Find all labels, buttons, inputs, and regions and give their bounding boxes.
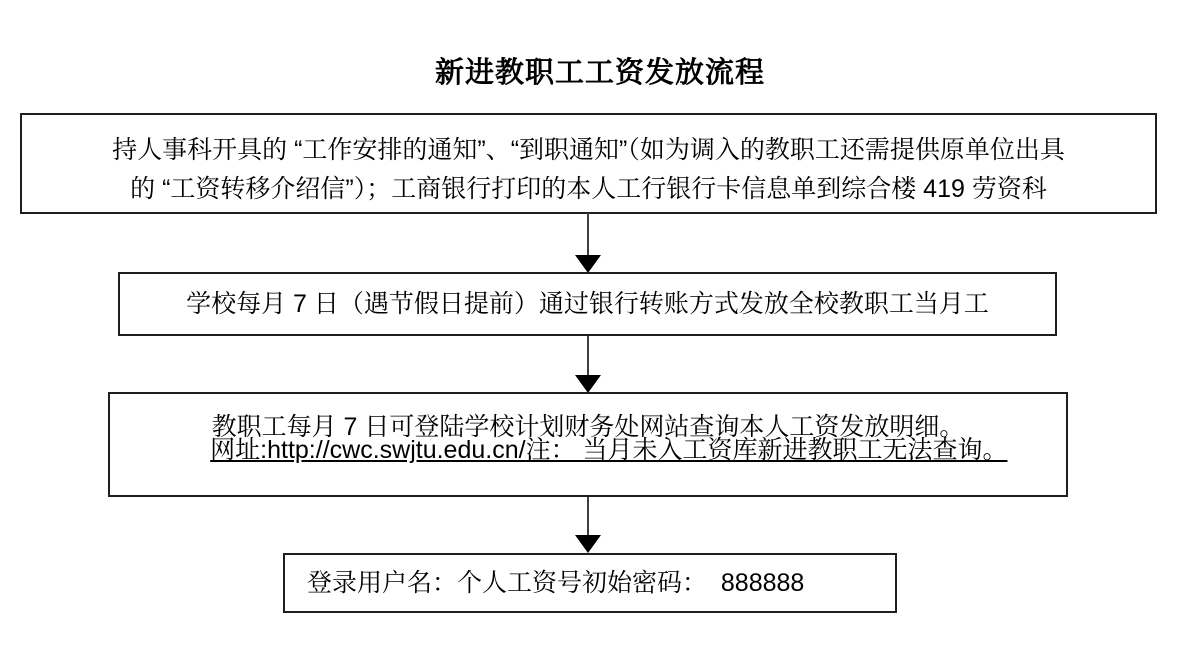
arrow-stem (587, 213, 589, 255)
arrow-stem (587, 497, 589, 535)
finance-website-link[interactable]: 网址:http://cwc.swjtu.edu.cn/ (210, 436, 525, 464)
flow-step-4-box: 登录用户名：个人工资号初始密码： 888888 (283, 553, 897, 613)
flowchart-page: 新进教职工工资发放流程 持人事科开具的 “工作安排的通知”、“到职通知”（如为调… (0, 0, 1200, 656)
flow-step-1-line-1: 持人事科开具的 “工作安排的通知”、“到职通知”（如为调入的教职工还需提供原单位… (34, 133, 1143, 167)
down-arrow-icon (575, 336, 601, 393)
arrow-head (575, 255, 601, 273)
page-title: 新进教职工工资发放流程 (0, 50, 1200, 91)
down-arrow-icon (575, 497, 601, 553)
flow-step-4-line-1: 登录用户名：个人工资号初始密码： 888888 (307, 566, 804, 600)
flow-step-1-box: 持人事科开具的 “工作安排的通知”、“到职通知”（如为调入的教职工还需提供原单位… (20, 113, 1157, 214)
flow-step-2-line-1: 学校每月 7 日（遇节假日提前）通过银行转账方式发放全校教职工当月工 (186, 287, 989, 321)
flow-step-1-line-2: 的 “工资转移介绍信”）；工商银行打印的本人工行银行卡信息单到综合楼 419 劳… (34, 172, 1143, 206)
arrow-head (575, 535, 601, 553)
flow-step-3-box: 教职工每月 7 日可登陆学校计划财务处网站查询本人工资发放明细。 网址:http… (108, 392, 1068, 497)
down-arrow-icon (575, 213, 601, 273)
flow-step-2-box: 学校每月 7 日（遇节假日提前）通过银行转账方式发放全校教职工当月工 (118, 272, 1057, 336)
flow-step-3-line-2: 网址:http://cwc.swjtu.edu.cn/注： 当月未入工资库新进教… (110, 399, 1066, 501)
arrow-stem (587, 336, 589, 375)
arrow-head (575, 375, 601, 393)
flow-step-3-note: 注： 当月未入工资库新进教职工无法查询。 (526, 436, 1008, 464)
